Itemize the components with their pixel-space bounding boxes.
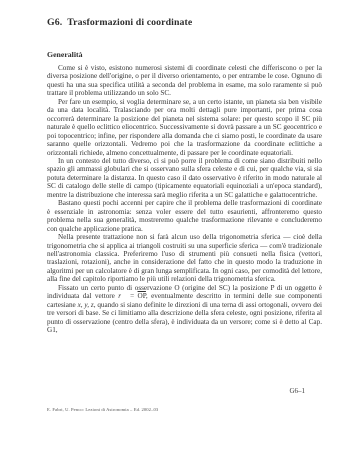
page-number: G6–1: [289, 387, 305, 395]
vector-op-symbol: OP: [138, 292, 146, 300]
vector-r-symbol: r⃗: [118, 292, 126, 300]
paragraph-intro: Come si è visto, esistono numerosi siste…: [47, 64, 322, 98]
equals-sign: =: [127, 292, 138, 300]
text-block: G6. Trasformazioni di coordinate General…: [47, 17, 322, 335]
cartesian-components: x, y, z: [78, 301, 94, 309]
paragraph-method: Nella presente trattazione non si farà a…: [47, 233, 322, 284]
section-heading: Generalità: [47, 50, 322, 59]
paragraph-example: Per fare un esempio, si voglia determina…: [47, 98, 322, 157]
paragraph-importance: Bastano questi pochi accenni per capire …: [47, 199, 322, 233]
chapter-title: G6. Trasformazioni di coordinate: [47, 17, 322, 28]
paragraph-globular-clusters: In un contesto del tutto diverso, ci si …: [47, 157, 322, 199]
paragraph-vector-definition: Fissato un certo punto di osservazione O…: [47, 284, 322, 335]
document-page: G6. Trasformazioni di coordinate General…: [0, 0, 360, 466]
footer-credit: E. Fabri, U. Penco: Lezioni di Astronomi…: [47, 407, 158, 412]
